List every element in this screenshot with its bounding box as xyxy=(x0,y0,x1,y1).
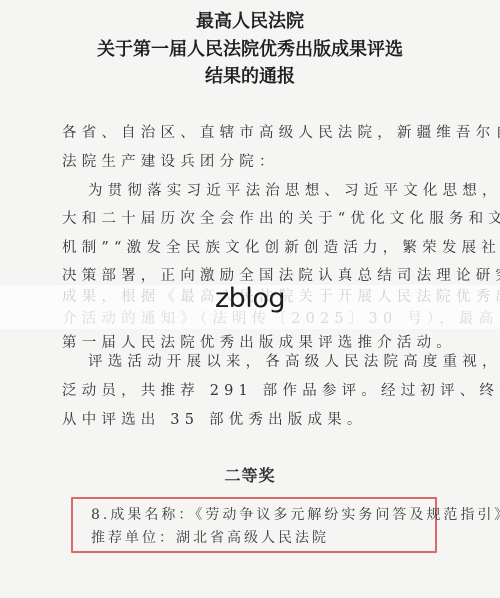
section-heading-second-prize: 二等奖 xyxy=(0,465,500,487)
title-line-1: 最高人民法院 xyxy=(0,11,500,33)
paragraph1-line-2: 大和二十届历次全会作出的关于“优化文化服务和文化产品供给 xyxy=(62,209,442,229)
paragraph2-line-2: 泛动员，共推荐 291 部作品参评。经过初评、终评两轮严格评审， xyxy=(62,381,442,401)
title-line-3: 结果的通报 xyxy=(0,66,500,88)
paragraph2-line-1: 评选活动开展以来，各高级人民法院高度重视，精心组织，广 xyxy=(88,352,442,372)
highlighted-entry-box: 8.成果名称：《劳动争议多元解纷实务问答及规范指引》 推荐单位：湖北省高级人民法… xyxy=(71,497,437,553)
watermark-text: zblog xyxy=(0,281,500,317)
addressee-line-2: 法院生产建设兵团分院： xyxy=(62,152,442,172)
paragraph1-line-7: 第一届人民法院优秀出版成果评选推介活动。 xyxy=(62,333,442,353)
document-page: 最高人民法院 关于第一届人民法院优秀出版成果评选 结果的通报 各省、自治区、直辖… xyxy=(0,0,500,598)
paragraph1-line-1: 为贯彻落实习近平法治思想、习近平文化思想，落实党的二十 xyxy=(88,181,442,201)
paragraph1-line-3: 机制”“激发全民族文化创新创造活力，繁荣发展社会主义文化”的 xyxy=(62,238,442,258)
entry-recommender-line: 推荐单位：湖北省高级人民法院 xyxy=(91,529,329,547)
entry-title-line: 8.成果名称：《劳动争议多元解纷实务问答及规范指引》 xyxy=(91,506,500,524)
title-line-2: 关于第一届人民法院优秀出版成果评选 xyxy=(0,39,500,61)
paragraph2-line-3: 从中评选出 35 部优秀出版成果。 xyxy=(62,410,442,430)
addressee-line-1: 各省、自治区、直辖市高级人民法院，新疆维吾尔自治区高级人民 xyxy=(62,123,442,143)
